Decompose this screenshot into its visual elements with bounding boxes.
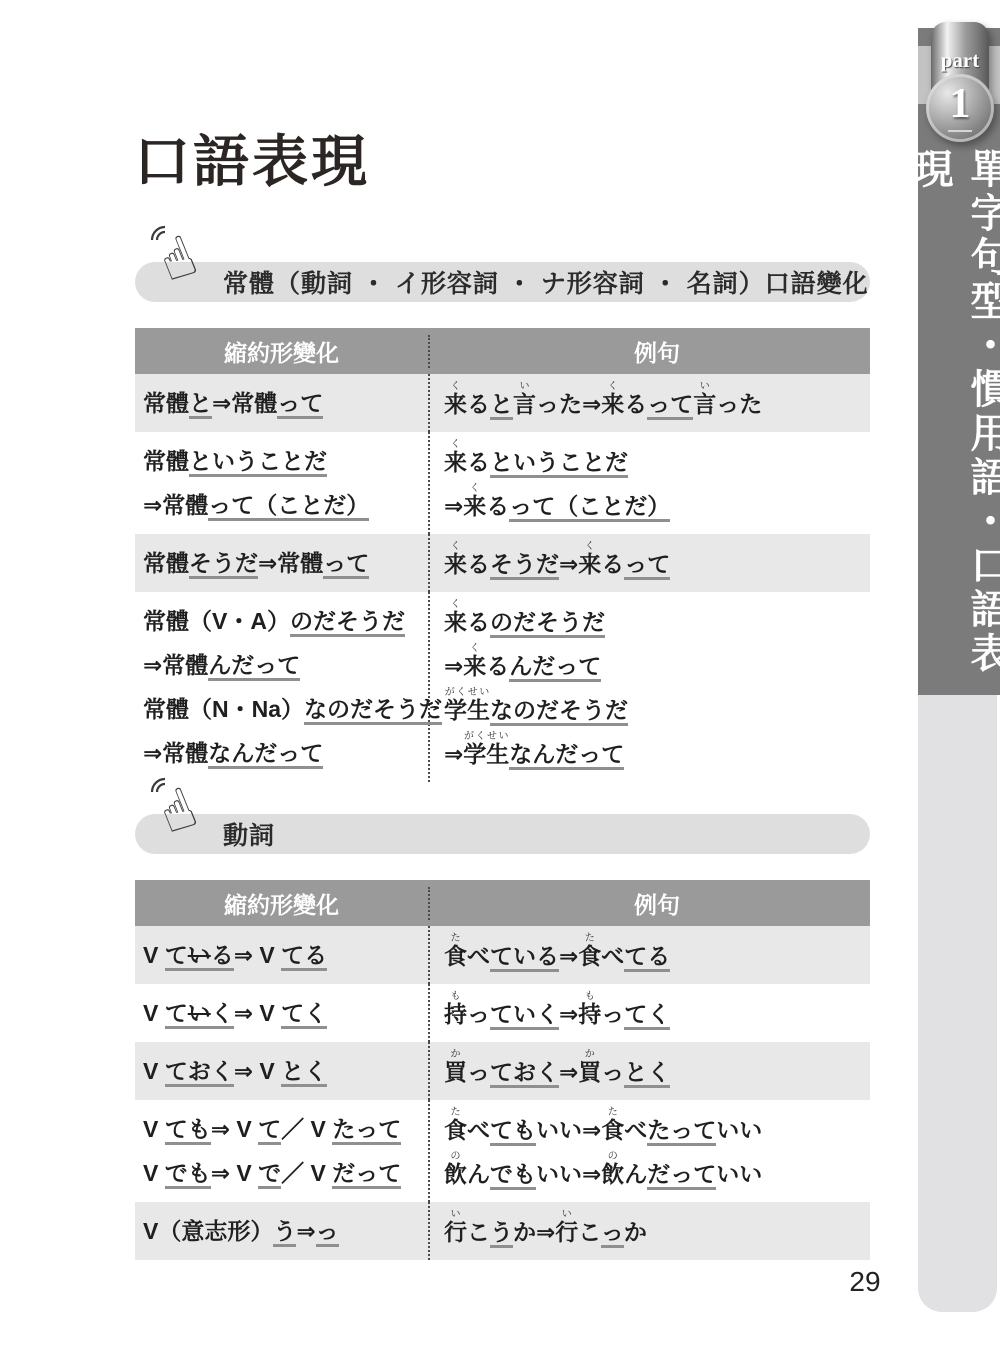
form-cell: V ていく⇒ V てく [135, 984, 430, 1042]
table-header-example: 例句 [430, 335, 870, 368]
table-row: V（意志形）う⇒っ行いこうか⇒行いこっか [135, 1202, 870, 1260]
text-line: V ている⇒ V てる [143, 933, 422, 977]
table-header-row: 縮約形變化例句 [135, 328, 870, 374]
table-row: 常體（V・A）のだそうだ⇒常體んだって常體（N・Na）なのだそうだ⇒常體なんだっ… [135, 592, 870, 782]
table-header-example: 例句 [430, 887, 870, 920]
example-cell: 来くるそうだ⇒来くるって [430, 534, 870, 592]
sidebar-chapter-label: 單字句型・慣用語・口語表現 [902, 148, 1000, 708]
section-heading-label: 常體（動詞 ・ イ形容詞 ・ ナ形容詞 ・ 名詞）口語變化 [135, 264, 869, 300]
text-line: 常體と⇒常體って [143, 381, 422, 425]
text-line: V（意志形）う⇒っ [143, 1209, 422, 1253]
form-cell: 常體ということだ⇒常體って（ことだ） [135, 432, 430, 534]
text-line: 来くるのだそうだ [444, 599, 864, 643]
table-header-row: 縮約形變化例句 [135, 880, 870, 926]
example-cell: 来くるのだそうだ⇒来くるんだって学生がくせいなのだそうだ⇒学生がくせいなんだって [430, 592, 870, 782]
text-line: 持もっていく⇒持もってく [444, 991, 864, 1035]
example-cell: 食たべている⇒食たべてる [430, 926, 870, 984]
table-row: 常體と⇒常體って来くると言いった⇒来くるって言いった [135, 374, 870, 432]
example-cell: 食たべてもいい⇒食たべたっていい飲のんでもいい⇒飲のんだっていい [430, 1100, 870, 1202]
part-bookmark: part 1 [926, 22, 994, 142]
form-cell: 常體そうだ⇒常體って [135, 534, 430, 592]
page-title: 口語表現 [134, 118, 370, 198]
example-cell: 来くると言いった⇒来くるって言いった [430, 374, 870, 432]
table-row: V ておく⇒ V とく買かっておく⇒買かっとく [135, 1042, 870, 1100]
sidebar-tab-extension [918, 695, 997, 1312]
text-line: 来くると言いった⇒来くるって言いった [444, 381, 864, 425]
pointing-hand-icon: ☝ [149, 224, 227, 310]
example-cell: 来くるということだ⇒来くるって（ことだ） [430, 432, 870, 534]
text-line: 来くるそうだ⇒来くるって [444, 541, 864, 585]
text-line: 食たべてもいい⇒食たべたっていい [444, 1107, 864, 1151]
text-line: ⇒常體って（ことだ） [143, 483, 422, 527]
text-line: V ておく⇒ V とく [143, 1049, 422, 1093]
text-line: 来くるということだ [444, 439, 864, 483]
form-cell: V（意志形）う⇒っ [135, 1202, 430, 1260]
part-number: 1 [926, 80, 994, 128]
table-header-form: 縮約形變化 [135, 887, 430, 920]
text-line: 買かっておく⇒買かっとく [444, 1049, 864, 1093]
section-heading-bar: 動詞 [135, 814, 870, 854]
table-row: V ても⇒ V て／ V たってV でも⇒ V で／ V だって食たべてもいい⇒… [135, 1100, 870, 1202]
example-cell: 持もっていく⇒持もってく [430, 984, 870, 1042]
section-heading: ☝動詞 [135, 790, 870, 860]
text-line: V でも⇒ V で／ V だって [143, 1151, 422, 1195]
form-cell: 常體と⇒常體って [135, 374, 430, 432]
text-line: 常體そうだ⇒常體って [143, 541, 422, 585]
conversion-table: 縮約形變化例句V ている⇒ V てる食たべている⇒食たべてるV ていく⇒ V て… [135, 880, 870, 1260]
text-line: ⇒常體なんだって [143, 731, 422, 775]
page-number: 29 [830, 1266, 900, 1298]
text-line: V ていく⇒ V てく [143, 991, 422, 1035]
text-line: ⇒来くるって（ことだ） [444, 483, 864, 527]
part-label: part [926, 48, 994, 73]
text-line: 常體（V・A）のだそうだ [143, 599, 422, 643]
text-line: 常體（N・Na）なのだそうだ [143, 687, 422, 731]
text-line: V ても⇒ V て／ V たって [143, 1107, 422, 1151]
form-cell: V ておく⇒ V とく [135, 1042, 430, 1100]
pointing-hand-icon: ☝ [149, 776, 227, 862]
text-line: 食たべている⇒食たべてる [444, 933, 864, 977]
table-header-form: 縮約形變化 [135, 335, 430, 368]
text-line: ⇒来くるんだって [444, 643, 864, 687]
example-cell: 買かっておく⇒買かっとく [430, 1042, 870, 1100]
text-line: ⇒学生がくせいなんだって [444, 731, 864, 775]
form-cell: 常體（V・A）のだそうだ⇒常體んだって常體（N・Na）なのだそうだ⇒常體なんだっ… [135, 592, 430, 782]
example-cell: 行いこうか⇒行いこっか [430, 1202, 870, 1260]
table-row: V ている⇒ V てる食たべている⇒食たべてる [135, 926, 870, 984]
text-line: 行いこうか⇒行いこっか [444, 1209, 864, 1253]
section-heading-bar: 常體（動詞 ・ イ形容詞 ・ ナ形容詞 ・ 名詞）口語變化 [135, 262, 870, 302]
text-line: 飲のんでもいい⇒飲のんだっていい [444, 1151, 864, 1195]
section-heading: ☝常體（動詞 ・ イ形容詞 ・ ナ形容詞 ・ 名詞）口語變化 [135, 238, 870, 308]
text-line: ⇒常體んだって [143, 643, 422, 687]
conversion-table: 縮約形變化例句常體と⇒常體って来くると言いった⇒来くるって言いった常體ということ… [135, 328, 870, 782]
table-row: 常體ということだ⇒常體って（ことだ）来くるということだ⇒来くるって（ことだ） [135, 432, 870, 534]
table-row: 常體そうだ⇒常體って来くるそうだ⇒来くるって [135, 534, 870, 592]
text-line: 学生がくせいなのだそうだ [444, 687, 864, 731]
form-cell: V ている⇒ V てる [135, 926, 430, 984]
form-cell: V ても⇒ V て／ V たってV でも⇒ V で／ V だって [135, 1100, 430, 1202]
text-line: 常體ということだ [143, 439, 422, 483]
table-row: V ていく⇒ V てく持もっていく⇒持もってく [135, 984, 870, 1042]
main-content: ☝常體（動詞 ・ イ形容詞 ・ ナ形容詞 ・ 名詞）口語變化縮約形變化例句常體と… [135, 230, 870, 1260]
bookmark-underline [948, 130, 972, 132]
